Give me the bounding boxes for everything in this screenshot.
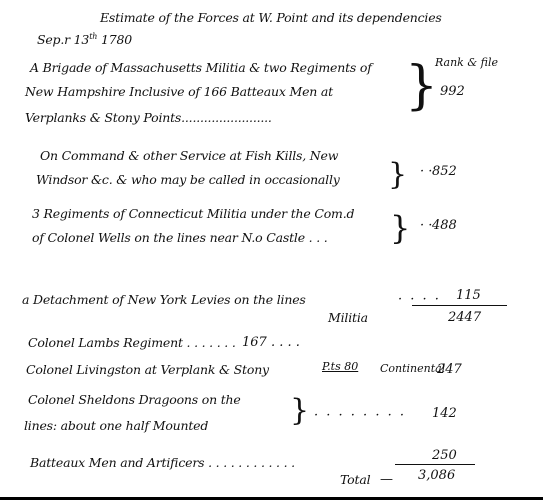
entry-1-line-2: New Hampshire Inclusive of 166 Batteaux …: [25, 84, 333, 99]
entry-3-line-2: of Colonel Wells on the lines near N.o C…: [32, 230, 328, 245]
militia-label: Militia: [328, 310, 368, 325]
total-label: Total: [340, 472, 370, 487]
entry-1-line-1: A Brigade of Massachusetts Militia & two…: [30, 60, 372, 75]
continental-entry-3-line-1: Colonel Sheldons Dragoons on the: [28, 392, 241, 407]
entry-2-value: 852: [432, 164, 457, 179]
entry-1-line-3: Verplanks & Stony Points................…: [25, 110, 272, 125]
continental-entry-1-value: 167 . . . .: [242, 335, 300, 350]
total-value: 3,086: [418, 468, 455, 483]
continental-entry-3-line-2: lines: about one half Mounted: [24, 418, 208, 433]
continental-entry-2-value: 247: [437, 362, 462, 377]
entry-3-value: 488: [432, 218, 457, 233]
rank-and-file-label: Rank & file: [435, 56, 498, 69]
militia-subtotal: 2447: [448, 310, 481, 325]
entry-3-line-1: 3 Regiments of Connecticut Militia under…: [32, 206, 354, 221]
continental-entry-4-label: Batteaux Men and Artificers . . . . . . …: [30, 455, 295, 470]
brace-icon: }: [390, 212, 410, 244]
continental-entry-2-sublabel: P.ts 80: [322, 360, 358, 373]
brace-icon: }: [388, 160, 407, 190]
brace-icon: }: [405, 60, 438, 112]
entry-4-line: a Detachment of New York Levies on the l…: [22, 292, 306, 307]
continental-entry-1-label: Colonel Lambs Regiment . . . . . . .: [28, 335, 236, 350]
continental-entry-2-label: Colonel Livingston at Verplank & Stony: [26, 362, 269, 377]
brace-icon: }: [290, 396, 309, 426]
subtotal-rule: [412, 305, 507, 306]
continental-entry-3-value: 142: [432, 406, 457, 421]
document-title: Estimate of the Forces at W. Point and i…: [100, 10, 442, 25]
total-dash: —: [380, 472, 393, 487]
total-rule: [395, 464, 475, 465]
entry-3-value-dots: · ·: [420, 218, 432, 233]
entry-2-line-1: On Command & other Service at Fish Kills…: [40, 148, 338, 163]
entry-4-value: 115: [456, 288, 481, 303]
entry-2-line-2: Windsor &c. & who may be called in occas…: [36, 172, 340, 187]
manuscript-page: Estimate of the Forces at W. Point and i…: [0, 0, 543, 497]
continental-entry-4-value: 250: [432, 448, 457, 463]
entry-1-value: 992: [440, 84, 465, 99]
entry-2-value-dots: · ·: [420, 164, 432, 179]
continental-label: Continental: [380, 362, 445, 375]
continental-entry-3-dots: · · · · · · · ·: [314, 408, 406, 423]
document-date: Sep.r 13th 1780: [37, 32, 132, 47]
